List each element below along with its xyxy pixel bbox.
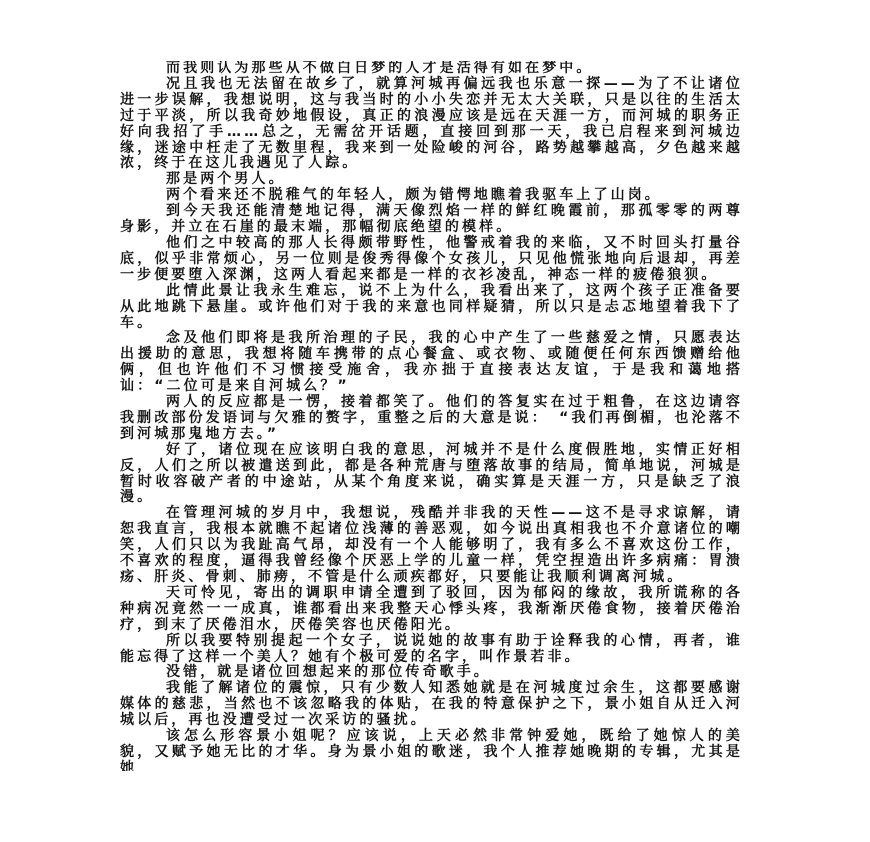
paragraph: 天可怜见，寄出的调职申请全遭到了驳回，因为郁闷的缘故，我所谎称的各种病况竟然一一… <box>120 586 743 634</box>
paragraph: 好了，诸位现在应该明白我的意思，河城并不是什么度假胜地，实情正好相反，人们之所以… <box>120 443 743 507</box>
paragraph: 没错，就是诸位回想起来的那位传奇歌手。 <box>120 665 743 681</box>
paragraph: 此情此景让我永生难忘，说不上为什么，我看出来了，这两个孩子正准备要从此地跳下悬崖… <box>120 284 743 332</box>
document-page: 而我则认为那些从不做白日梦的人才是活得有如在梦中。况且我也无法留在故乡了，就算河… <box>0 0 870 842</box>
paragraph: 两人的反应都是一愣，接着都笑了。他们的答复实在过于粗鲁，在这边请容我删改部份发语… <box>120 395 743 443</box>
paragraph: 该怎么形容景小姐呢？应该说，上天必然非常钟爱她，既给了她惊人的美貌，又赋予她无比… <box>120 729 743 771</box>
paragraph: 在管理河城的岁月中，我想说，残酷并非我的天性——这不是寻求谅解，请恕我直言，我根… <box>120 506 743 586</box>
paragraph: 到今天我还能清楚地记得，满天像烈焰一样的鲜红晚霞前，那孤零零的两尊身影，并立在石… <box>120 204 743 236</box>
paragraph: 那是两个男人。 <box>120 172 743 188</box>
document-body: 而我则认为那些从不做白日梦的人才是活得有如在梦中。况且我也无法留在故乡了，就算河… <box>120 61 743 771</box>
paragraph: 两个看来还不脱稚气的年轻人，颇为错愕地瞧着我驱车上了山岗。 <box>120 188 743 204</box>
paragraph: 所以我要特别提起一个女子，说说她的故事有助于诠释我的心情，再者，谁能忘得了这样一… <box>120 634 743 666</box>
paragraph: 他们之中较高的那人长得颇带野性，他警戒着我的来临，又不时回头打量谷底，似乎非常烦… <box>120 236 743 284</box>
paragraph: 我能了解诸位的震惊，只有少数人知悉她就是在河城度过余生，这都要感谢媒体的慈悲，当… <box>120 681 743 729</box>
paragraph: 而我则认为那些从不做白日梦的人才是活得有如在梦中。 <box>120 61 743 77</box>
paragraph: 念及他们即将是我所治理的子民，我的心中产生了一些慈爱之情，只愿表达出援助的意思，… <box>120 331 743 395</box>
paragraph: 况且我也无法留在故乡了，就算河城再偏远我也乐意一探——为了不让诸位进一步误解，我… <box>120 77 743 172</box>
